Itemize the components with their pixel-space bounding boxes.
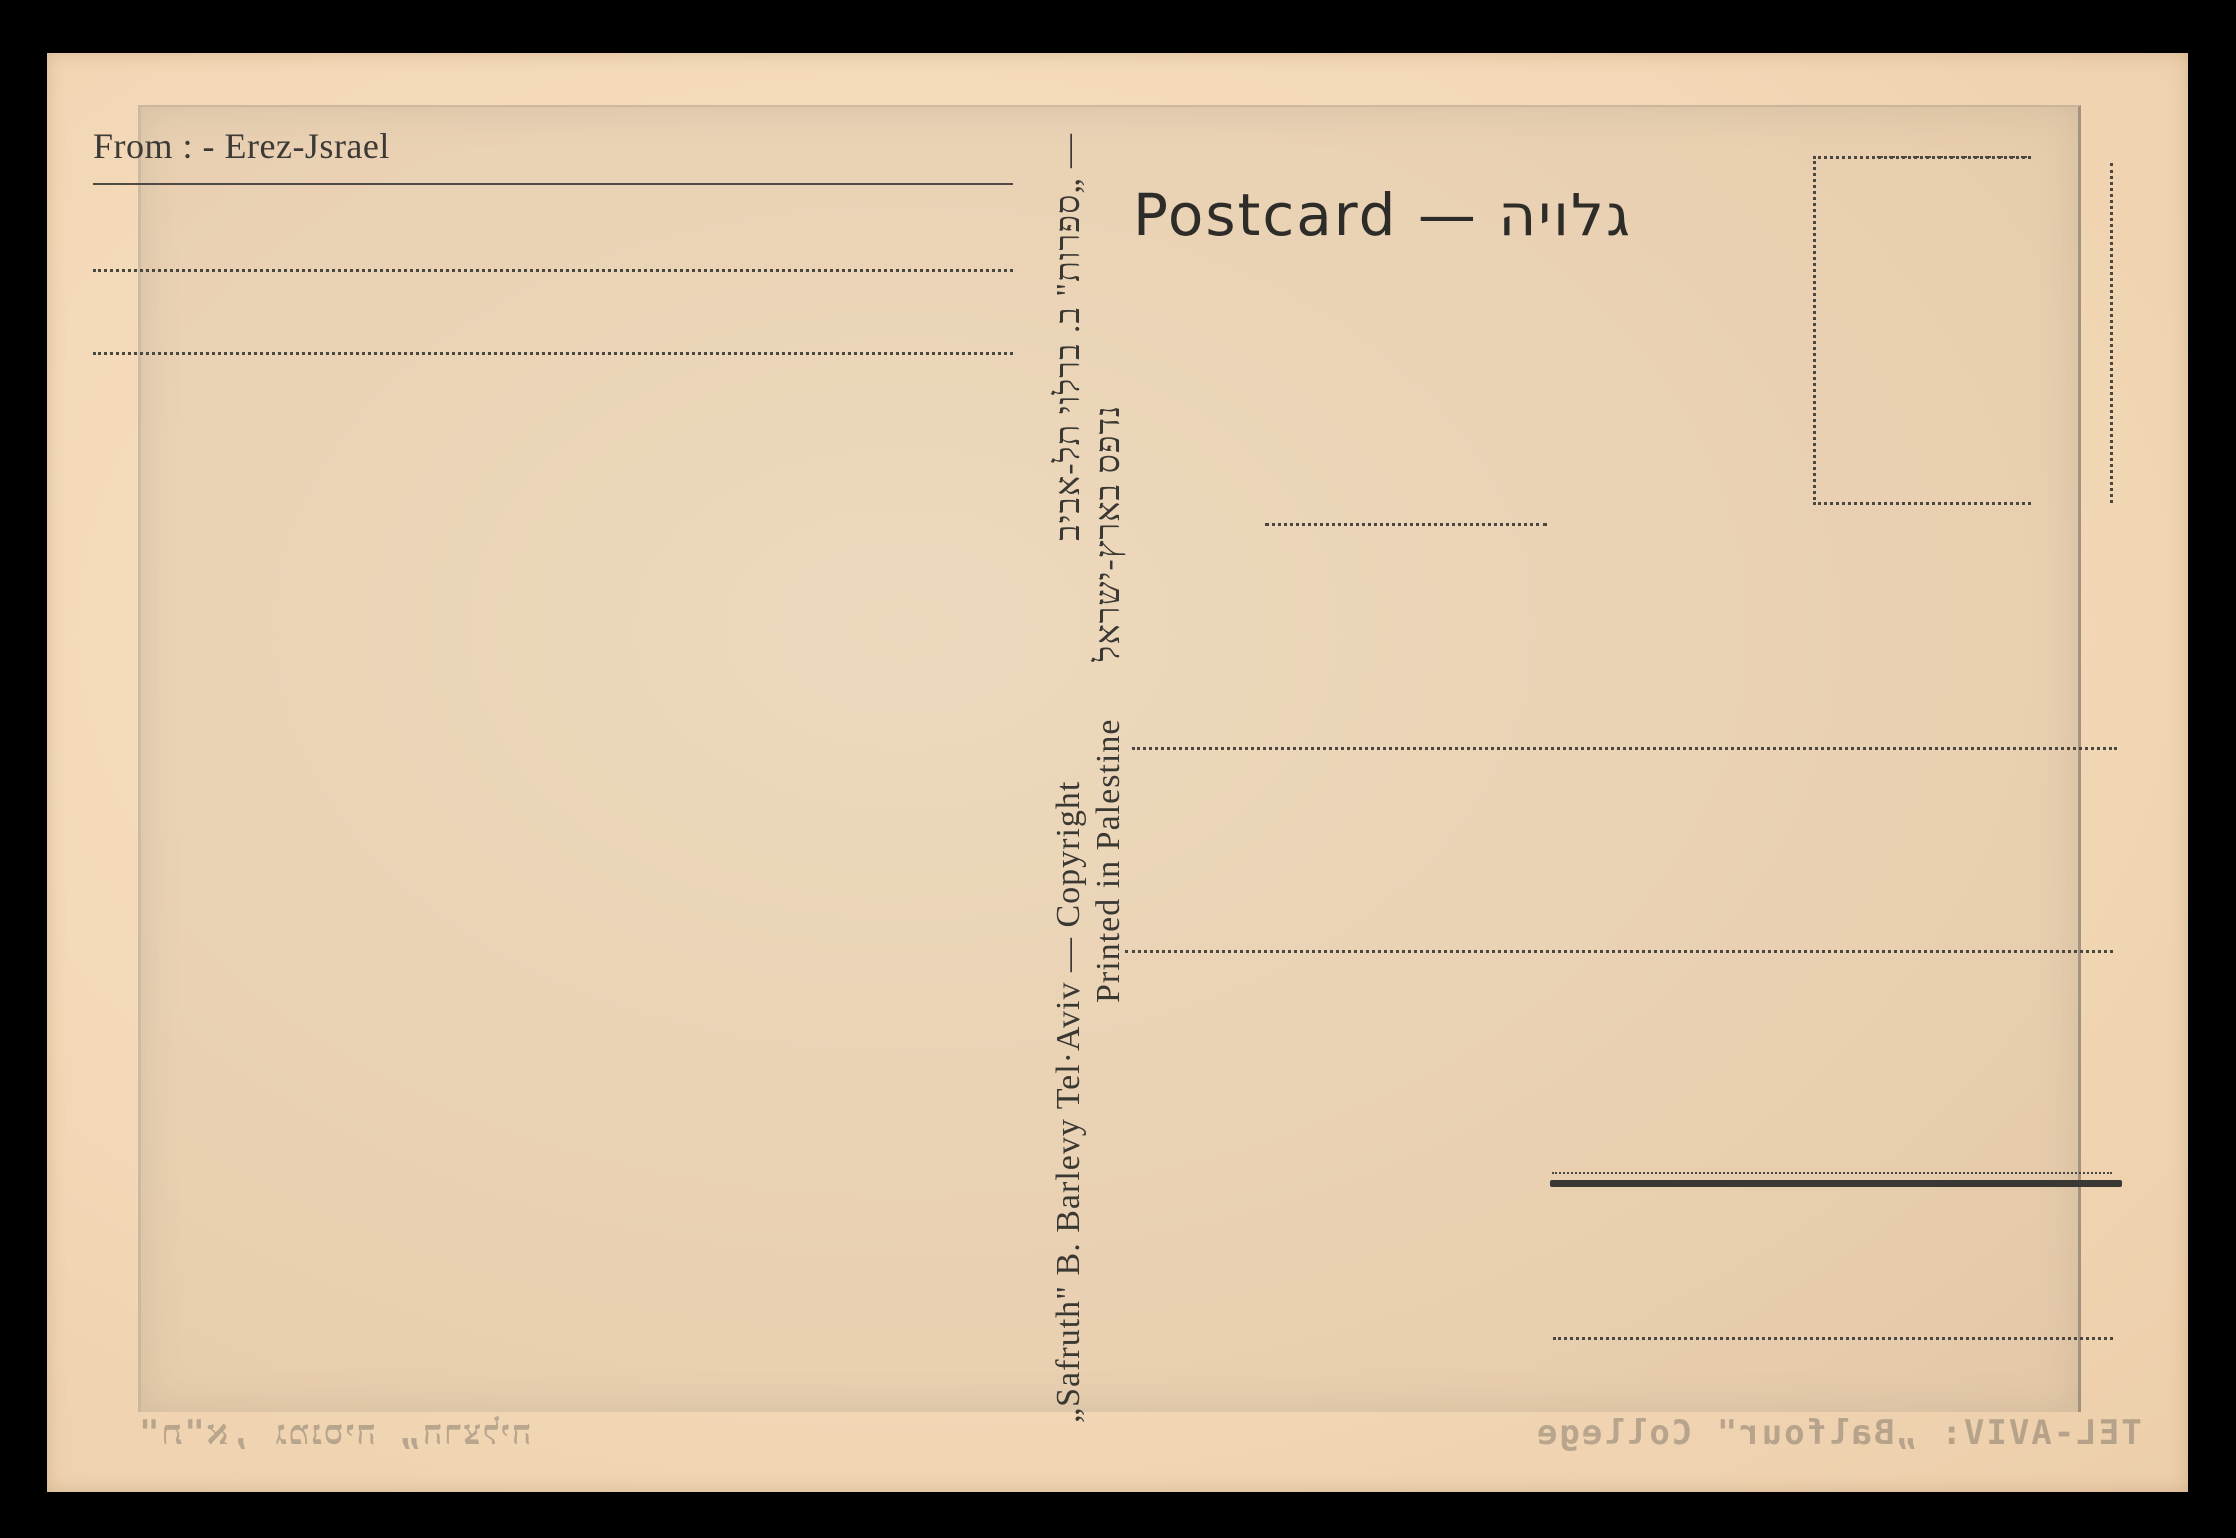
sender-label: From : - Erez-Jsrael	[93, 125, 390, 167]
publisher-imprint: „Safruth" B. Barlevy Tel·Aviv — Copyrigh…	[1050, 123, 1170, 1423]
address-line-2	[1125, 950, 2113, 953]
address-line-name	[1265, 523, 1547, 526]
bleed-through-left: ת"א, גמנסיה „הרצליה"	[137, 1413, 531, 1453]
printed-hebrew: נדפס בארץ-ישראל	[1090, 405, 1127, 662]
publisher-hebrew: — „ספרות" ב. ברלוי תל-אביב	[1050, 133, 1088, 541]
sender-line-2	[93, 352, 1013, 355]
address-line-1	[1132, 747, 2117, 750]
sender-underline	[93, 183, 1013, 185]
bleed-through-right: TEL-AVIV: „Balfour" College	[1535, 1413, 2142, 1453]
postcard-title: Postcard — גלויה	[1133, 181, 1632, 249]
stamp-outer-margin	[2110, 163, 2113, 503]
postcard-back: From : - Erez-Jsrael „Safruth" B. Barlev…	[47, 53, 2188, 1492]
address-line-4	[1553, 1337, 2113, 1340]
address-destination-rule	[1550, 1180, 2122, 1187]
sender-line-1	[93, 269, 1013, 272]
printed-english: Printed in Palestine	[1090, 719, 1127, 1003]
address-line-3	[1552, 1172, 2112, 1174]
stamp-box-top-outer	[1877, 156, 2027, 158]
publisher-english: „Safruth" B. Barlevy Tel·Aviv — Copyrigh…	[1050, 781, 1088, 1423]
stamp-box	[1813, 156, 2031, 505]
